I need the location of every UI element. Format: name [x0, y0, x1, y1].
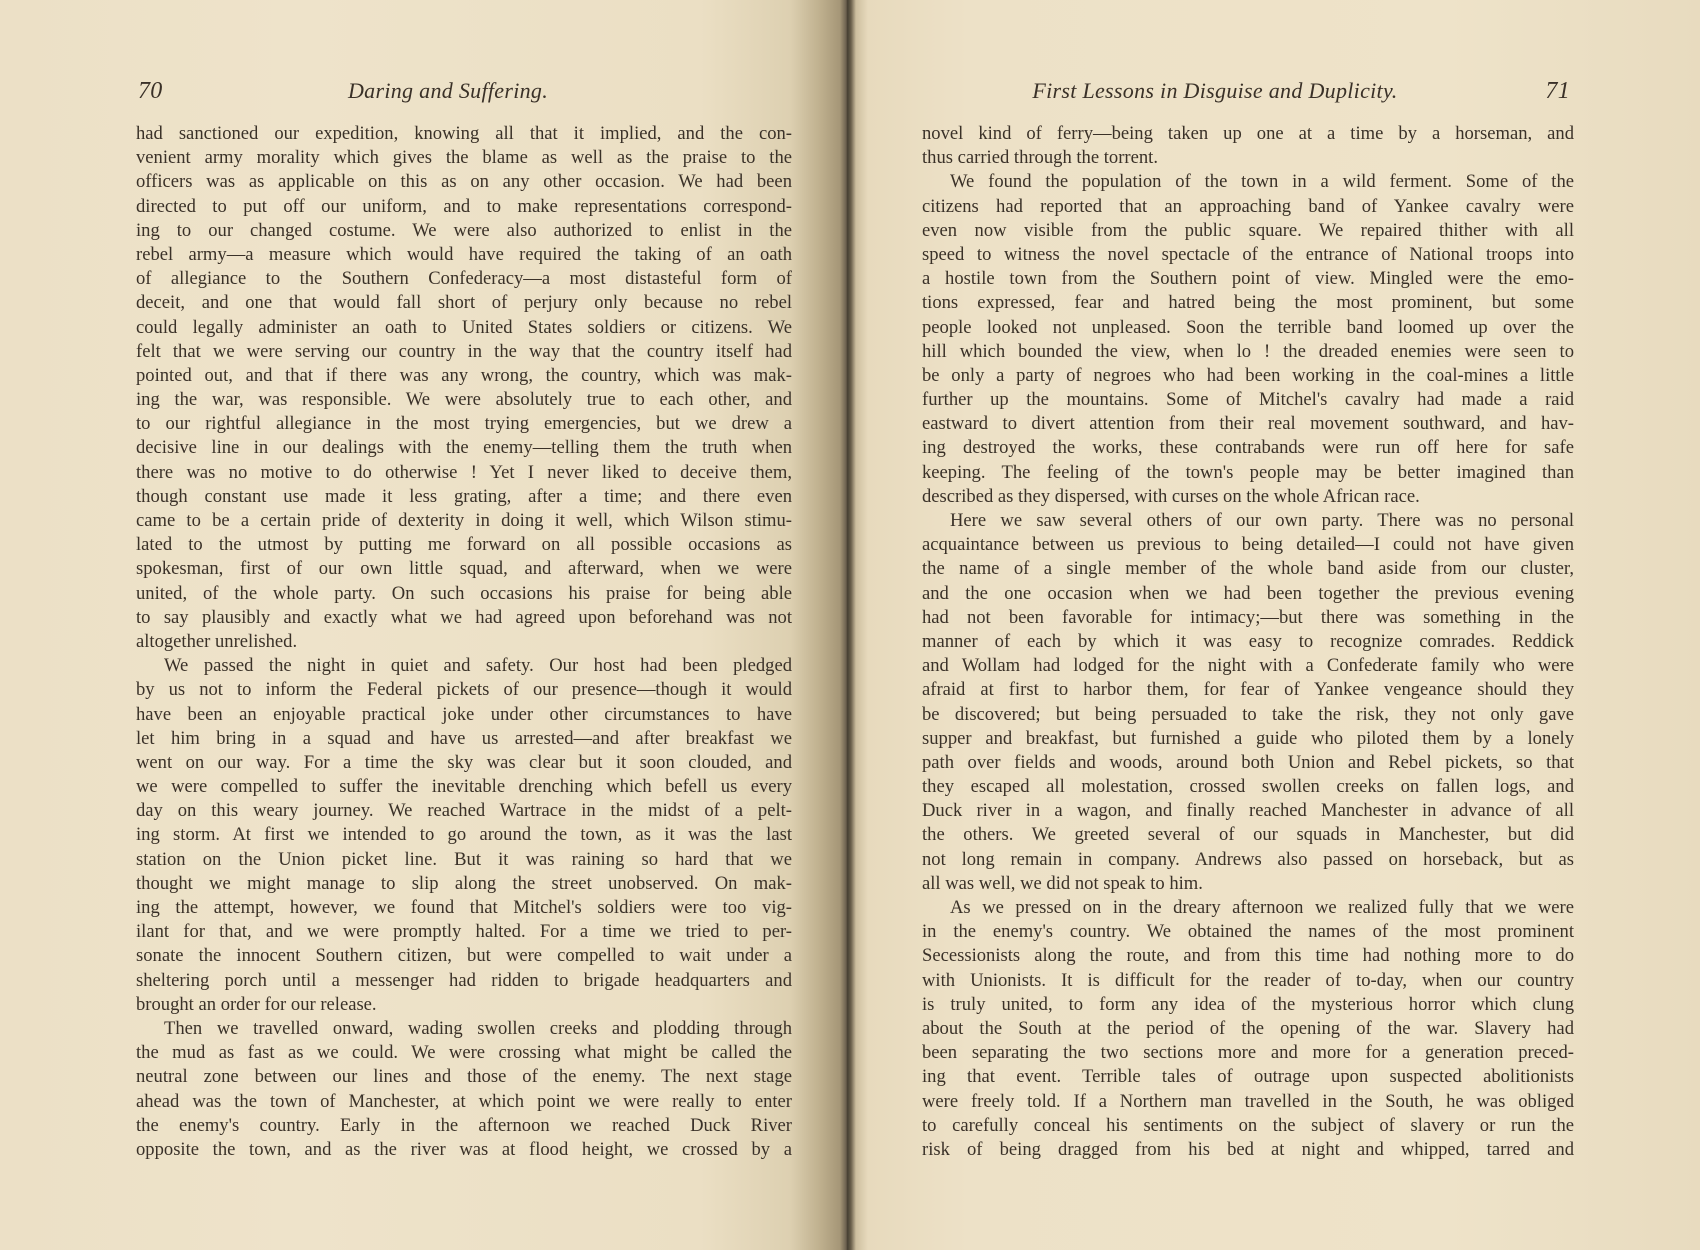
text-line: had sanctioned our expedition, knowing a… [136, 122, 792, 146]
text-line: directed to put off our uniform, and to … [136, 195, 792, 219]
text-line: sonate the innocent Southern citizen, bu… [136, 944, 792, 968]
text-line: risk of being dragged from his bed at ni… [922, 1138, 1574, 1162]
text-line: ing the attempt, however, we found that … [136, 896, 792, 920]
text-line: ahead was the town of Manchester, at whi… [136, 1090, 792, 1114]
text-line: supper and breakfast, but furnished a gu… [922, 727, 1574, 751]
right-page: First Lessons in Disguise and Duplicity.… [848, 0, 1700, 1250]
text-line: hill which bounded the view, when lo ! t… [922, 340, 1574, 364]
right-page-number: 71 [1545, 78, 1570, 105]
text-line: pointed out, and that if there was any w… [136, 364, 792, 388]
text-line: venient army morality which gives the bl… [136, 146, 792, 170]
left-running-head: 70 Daring and Suffering. [138, 78, 758, 108]
text-line: day on this weary journey. We reached Wa… [136, 799, 792, 823]
text-line: thought we might manage to slip along th… [136, 872, 792, 896]
text-line: with Unionists. It is difficult for the … [922, 969, 1574, 993]
text-line: keeping. The feeling of the town's peopl… [922, 461, 1574, 485]
book-spread: 70 Daring and Suffering. had sanctioned … [0, 0, 1700, 1250]
text-line: there was no motive to do otherwise ! Ye… [136, 461, 792, 485]
text-line: described as they dispersed, with curses… [922, 485, 1574, 509]
text-line: path over fields and woods, around both … [922, 751, 1574, 775]
text-line: have been an enjoyable practical joke un… [136, 703, 792, 727]
text-line: officers was as applicable on this as on… [136, 170, 792, 194]
text-line: novel kind of ferry—being taken up one a… [922, 122, 1574, 146]
text-line: of allegiance to the Southern Confederac… [136, 267, 792, 291]
text-line: the others. We greeted several of our sq… [922, 823, 1574, 847]
text-line: ing the war, was responsible. We were ab… [136, 388, 792, 412]
text-line: deceit, and one that would fall short of… [136, 291, 792, 315]
text-line: further up the mountains. Some of Mitche… [922, 388, 1574, 412]
text-line: felt that we were serving our country in… [136, 340, 792, 364]
text-line: Duck river in a wagon, and finally reach… [922, 799, 1574, 823]
text-line: We passed the night in quiet and safety.… [136, 654, 792, 678]
text-line: to our rightful allegiance in the most t… [136, 412, 792, 436]
text-line: Then we travelled onward, wading swollen… [136, 1017, 792, 1041]
text-line: be discovered; but being persuaded to ta… [922, 703, 1574, 727]
text-line: the name of a single member of the whole… [922, 557, 1574, 581]
text-line: eastward to divert attention from their … [922, 412, 1574, 436]
text-line: brought an order for our release. [136, 993, 792, 1017]
text-line: even now visible from the public square.… [922, 219, 1574, 243]
text-line: people looked not unpleased. Soon the te… [922, 316, 1574, 340]
text-line: is truly united, to form any idea of the… [922, 993, 1574, 1017]
text-line: altogether unrelished. [136, 630, 792, 654]
text-line: lated to the utmost by putting me forwar… [136, 533, 792, 557]
text-line: we were compelled to suffer the inevitab… [136, 775, 792, 799]
text-line: ing destroyed the works, these contraban… [922, 436, 1574, 460]
text-line: afraid at first to harbor them, for fear… [922, 678, 1574, 702]
text-line: let him bring in a squad and have us arr… [136, 727, 792, 751]
text-line: and Wollam had lodged for the night with… [922, 654, 1574, 678]
text-line: the mud as fast as we could. We were cro… [136, 1041, 792, 1065]
text-line: they escaped all molestation, crossed sw… [922, 775, 1574, 799]
text-line: were freely told. If a Northern man trav… [922, 1090, 1574, 1114]
text-line: tions expressed, fear and hatred being t… [922, 291, 1574, 315]
right-running-head: First Lessons in Disguise and Duplicity.… [920, 78, 1570, 108]
text-line: about the South at the period of the ope… [922, 1017, 1574, 1041]
text-line: not long remain in company. Andrews also… [922, 848, 1574, 872]
text-line: been separating the two sections more an… [922, 1041, 1574, 1065]
text-line: in the enemy's country. We obtained the … [922, 920, 1574, 944]
text-line: though constant use made it less grating… [136, 485, 792, 509]
right-page-body: novel kind of ferry—being taken up one a… [922, 122, 1574, 1162]
text-line: speed to witness the novel spectacle of … [922, 243, 1574, 267]
text-line: to carefully conceal his sentiments on t… [922, 1114, 1574, 1138]
text-line: could legally administer an oath to Unit… [136, 316, 792, 340]
text-line: spokesman, first of our own little squad… [136, 557, 792, 581]
text-line: ing that event. Terrible tales of outrag… [922, 1065, 1574, 1089]
text-line: went on our way. For a time the sky was … [136, 751, 792, 775]
text-line: a hostile town from the Southern point o… [922, 267, 1574, 291]
text-line: united, of the whole party. On such occa… [136, 582, 792, 606]
text-line: all was well, we did not speak to him. [922, 872, 1574, 896]
left-running-title: Daring and Suffering. [138, 78, 758, 104]
text-line: opposite the town, and as the river was … [136, 1138, 792, 1162]
text-line: acquaintance between us previous to bein… [922, 533, 1574, 557]
text-line: rebel army—a measure which would have re… [136, 243, 792, 267]
text-line: and the one occasion when we had been to… [922, 582, 1574, 606]
text-line: ing to our changed costume. We were also… [136, 219, 792, 243]
text-line: ing storm. At first we intended to go ar… [136, 823, 792, 847]
text-line: decisive line in our dealings with the e… [136, 436, 792, 460]
text-line: had not been favorable for intimacy;—but… [922, 606, 1574, 630]
text-line: to say plausibly and exactly what we had… [136, 606, 792, 630]
text-line: Secessionists along the route, and from … [922, 944, 1574, 968]
text-line: citizens had reported that an approachin… [922, 195, 1574, 219]
text-line: sheltering porch until a messenger had r… [136, 969, 792, 993]
text-line: station on the Union picket line. But it… [136, 848, 792, 872]
text-line: by us not to inform the Federal pickets … [136, 678, 792, 702]
text-line: came to be a certain pride of dexterity … [136, 509, 792, 533]
text-line: be only a party of negroes who had been … [922, 364, 1574, 388]
text-line: the enemy's country. Early in the aftern… [136, 1114, 792, 1138]
text-line: As we pressed on in the dreary afternoon… [922, 896, 1574, 920]
text-line: Here we saw several others of our own pa… [922, 509, 1574, 533]
text-line: ilant for that, and we were promptly hal… [136, 920, 792, 944]
left-page-body: had sanctioned our expedition, knowing a… [136, 122, 792, 1162]
left-page: 70 Daring and Suffering. had sanctioned … [0, 0, 848, 1250]
text-line: thus carried through the torrent. [922, 146, 1574, 170]
text-line: manner of each by which it was easy to r… [922, 630, 1574, 654]
text-line: We found the population of the town in a… [922, 170, 1574, 194]
right-running-title: First Lessons in Disguise and Duplicity. [890, 78, 1540, 104]
text-line: neutral zone between our lines and those… [136, 1065, 792, 1089]
